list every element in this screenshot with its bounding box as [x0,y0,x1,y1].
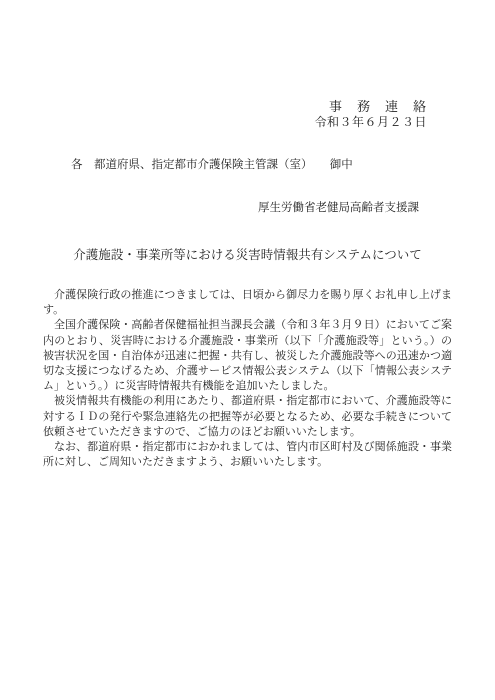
doc-date: 令和３年６月２３日 [314,113,427,130]
body-paragraph: 被災情報共有機能の利用にあたり、都道府県・指定都市において、介護施設等に対するＩ… [43,394,452,440]
body-paragraph: 介護保険行政の推進につきましては、日頃から御尽力を賜り厚くお礼申し上げます。 [43,288,452,318]
doc-body: 介護保険行政の推進につきましては、日頃から御尽力を賜り厚くお礼申し上げます。 全… [43,288,452,470]
body-paragraph: なお、都道府県・指定都市におかれましては、管内市区町村及び関係施設・事業所に対し… [43,440,452,470]
body-paragraph: 全国介護保険・高齢者保健福祉担当課長会議（令和３年３月９日）においてご案内のとお… [43,318,452,394]
document-page: 事 務 連 絡 令和３年６月２３日 各 都道府県、指定都市介護保険主管課（室） … [0,0,495,700]
doc-title: 介護施設・事業所等における災害時情報共有システムについて [0,245,495,263]
addressee-line: 各 都道府県、指定都市介護保険主管課（室） 御中 [71,156,353,172]
sender-line: 厚生労働省老健局高齢者支援課 [258,199,419,215]
